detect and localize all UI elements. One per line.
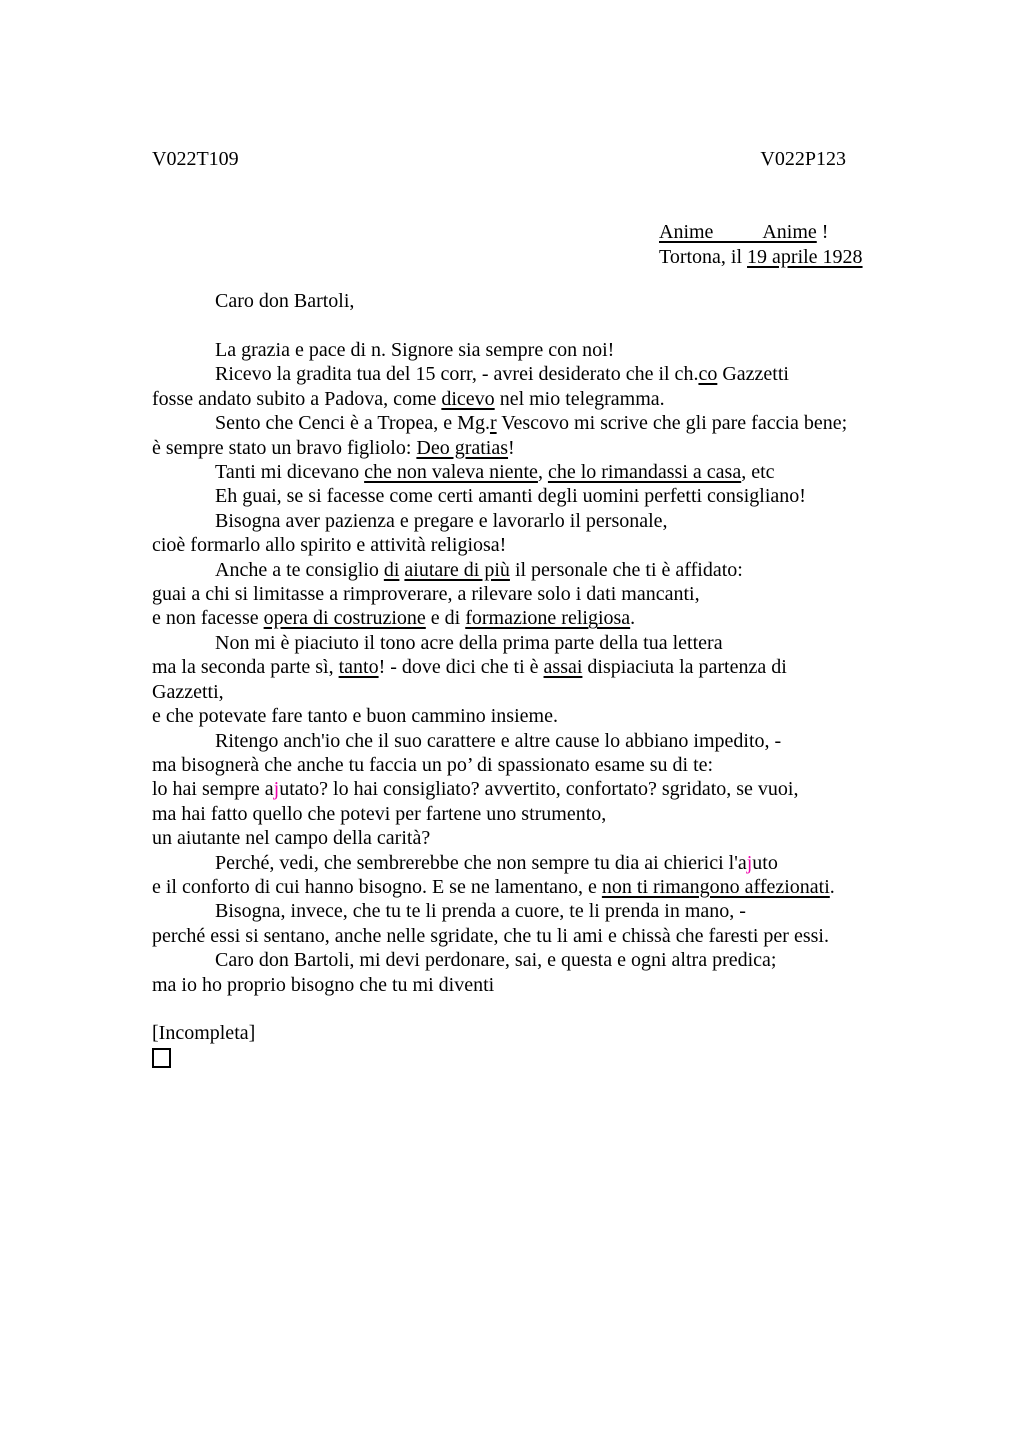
letter-line: Tanti mi dicevano che non valeva niente,… [152, 460, 875, 484]
empty-box-line [152, 1046, 875, 1070]
text-segment: formazione religiosa [465, 607, 630, 629]
text-segment: un aiutante nel campo della carità? [152, 827, 430, 849]
document-page: V022T109 V022P123 Anime Anime !Tortona, … [0, 0, 1024, 1450]
letter-body: Caro don Bartoli,La grazia e pace di n. … [152, 289, 875, 1070]
letter-line: lo hai sempre ajutato? lo hai consigliat… [152, 777, 875, 801]
text-segment: il personale che ti è affidato: [510, 559, 743, 581]
letter-line: Ritengo anch'io che il suo carattere e a… [152, 729, 875, 753]
text-segment: e non facesse [152, 607, 264, 629]
text-segment: lo hai sempre a [152, 778, 274, 800]
text-segment: opera di costruzione [264, 607, 426, 629]
text-segment: non ti rimangono affezionati [602, 876, 830, 898]
letter-line: è sempre stato un bravo figliolo: Deo gr… [152, 436, 875, 460]
letter-line: Bisogna aver pazienza e pregare e lavora… [152, 509, 875, 533]
salutation-line: Anime Anime ! [659, 220, 875, 244]
letter-line: Gazzetti, [152, 680, 875, 704]
letter-line: fosse andato subito a Padova, come dicev… [152, 387, 875, 411]
text-segment: Gazzetti [717, 363, 789, 385]
letter-line: Caro don Bartoli, [152, 289, 875, 313]
text-segment: r [490, 412, 497, 434]
text-segment: Bisogna aver pazienza e pregare e lavora… [215, 510, 668, 532]
letter-line: e il conforto di cui hanno bisogno. E se… [152, 875, 875, 899]
text-segment: ! [817, 221, 829, 243]
letter-line: ma hai fatto quello che potevi per farte… [152, 802, 875, 826]
text-segment: Sento che Cenci è a Tropea, e Mg. [215, 412, 490, 434]
text-segment: , [538, 461, 548, 483]
letter-line: Anche a te consiglio di aiutare di più i… [152, 558, 875, 582]
text-segment: ma io ho proprio bisogno che tu mi diven… [152, 974, 494, 996]
text-segment: Caro don Bartoli, mi devi perdonare, sai… [215, 949, 776, 971]
text-segment: Ritengo anch'io che il suo carattere e a… [215, 730, 781, 752]
text-segment: perché essi si sentano, anche nelle sgri… [152, 925, 829, 947]
text-segment: Deo gratias [416, 437, 508, 459]
text-segment: di [384, 559, 400, 581]
text-segment: nel mio telegramma. [495, 388, 665, 410]
text-segment: Tortona, il [659, 246, 747, 268]
text-segment: ma hai fatto quello che potevi per farte… [152, 803, 606, 825]
doc-code-right: V022P123 [760, 147, 846, 171]
text-segment: Caro don Bartoli, [215, 290, 354, 312]
text-segment: e di [426, 607, 465, 629]
text-segment: [Incompleta] [152, 1022, 255, 1044]
text-segment: uto [752, 852, 778, 874]
blank-line [152, 314, 875, 338]
text-segment: dispiaciuta la partenza di [582, 656, 786, 678]
text-segment: ! [508, 437, 515, 459]
text-segment: Bisogna, invece, che tu te li prenda a c… [215, 900, 746, 922]
text-segment: assai [544, 656, 583, 678]
text-segment: utato? lo hai consigliato? avvertito, co… [279, 778, 798, 800]
text-segment: ma bisognerà che anche tu faccia un po’ … [152, 754, 713, 776]
letter-line: ma io ho proprio bisogno che tu mi diven… [152, 973, 875, 997]
letter-line: Sento che Cenci è a Tropea, e Mg.r Vesco… [152, 411, 875, 435]
letter-line: La grazia e pace di n. Signore sia sempr… [152, 338, 875, 362]
text-segment: Perché, vedi, che sembrerebbe che non se… [215, 852, 747, 874]
text-segment: tanto [339, 656, 379, 678]
text-segment: Anime Anime [659, 221, 817, 243]
text-segment: guai a chi si limitasse a rimproverare, … [152, 583, 700, 605]
letter-line: e che potevate fare tanto e buon cammino… [152, 704, 875, 728]
text-segment: La grazia e pace di n. Signore sia sempr… [215, 339, 614, 361]
letter-line: perché essi si sentano, anche nelle sgri… [152, 924, 875, 948]
letter-line: guai a chi si limitasse a rimproverare, … [152, 582, 875, 606]
text-segment: cioè formarlo allo spirito e attività re… [152, 534, 506, 556]
letter-line: ma bisognerà che anche tu faccia un po’ … [152, 753, 875, 777]
letter-heading: Anime Anime !Tortona, il 19 aprile 1928 [659, 220, 875, 269]
text-segment: che non valeva niente [364, 461, 538, 483]
letter-line: Bisogna, invece, che tu te li prenda a c… [152, 899, 875, 923]
text-segment: Gazzetti, [152, 681, 224, 703]
text-segment: ! - dove dici che ti è [379, 656, 544, 678]
letter-line: Non mi è piaciuto il tono acre della pri… [152, 631, 875, 655]
text-segment: che lo rimandassi a casa [548, 461, 741, 483]
empty-square-icon [152, 1048, 171, 1068]
letter-line: ma la seconda parte sì, tanto! - dove di… [152, 655, 875, 679]
text-segment: co [698, 363, 717, 385]
text-segment: Ricevo la gradita tua del 15 corr, - avr… [215, 363, 698, 385]
text-segment: ma la seconda parte sì, [152, 656, 339, 678]
text-segment: . [630, 607, 635, 629]
text-segment: , etc [741, 461, 774, 483]
text-segment: 19 aprile 1928 [747, 246, 863, 268]
letter-line: Ricevo la gradita tua del 15 corr, - avr… [152, 362, 875, 386]
doc-code-left: V022T109 [152, 147, 239, 171]
letter-line: cioè formarlo allo spirito e attività re… [152, 533, 875, 557]
text-segment: fosse andato subito a Padova, come [152, 388, 441, 410]
text-segment: Eh guai, se si facesse come certi amanti… [215, 485, 806, 507]
incomplete-note: [Incompleta] [152, 1021, 875, 1045]
text-segment: Non mi è piaciuto il tono acre della pri… [215, 632, 723, 654]
text-segment: e il conforto di cui hanno bisogno. E se… [152, 876, 602, 898]
letter-line: e non facesse opera di costruzione e di … [152, 606, 875, 630]
letter-line: Eh guai, se si facesse come certi amanti… [152, 484, 875, 508]
text-segment: dicevo [441, 388, 494, 410]
text-segment: aiutare di più [404, 559, 510, 581]
text-segment: e che potevate fare tanto e buon cammino… [152, 705, 558, 727]
text-segment: Anche a te consiglio [215, 559, 384, 581]
letter-line: Perché, vedi, che sembrerebbe che non se… [152, 851, 875, 875]
letter-line: Caro don Bartoli, mi devi perdonare, sai… [152, 948, 875, 972]
blank-line [152, 997, 875, 1021]
text-segment: Tanti mi dicevano [215, 461, 364, 483]
document-header: V022T109 V022P123 [152, 147, 875, 171]
text-segment: . [830, 876, 835, 898]
text-segment: Vescovo mi scrive che gli pare faccia be… [497, 412, 848, 434]
text-segment: è sempre stato un bravo figliolo: [152, 437, 416, 459]
letter-line: un aiutante nel campo della carità? [152, 826, 875, 850]
dateline: Tortona, il 19 aprile 1928 [659, 245, 875, 269]
